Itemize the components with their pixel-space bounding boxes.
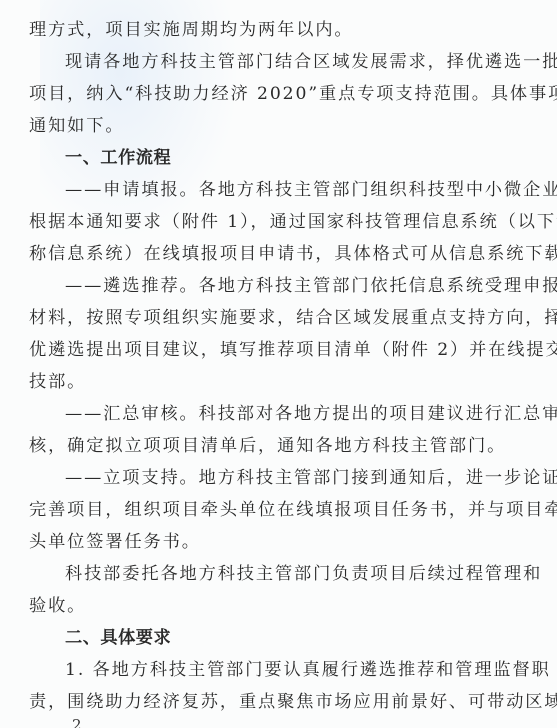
- text-line: 完善项目，组织项目牵头单位在线填报项目任务书，并与项目牵: [29, 494, 519, 526]
- text-line: ——汇总审核。科技部对各地方提出的项目建议进行汇总审: [29, 398, 519, 430]
- text-line: 材料，按照专项组织实施要求，结合区域发展重点支持方向，择: [29, 302, 519, 334]
- text-line: 责，围绕助力经济复苏，重点聚焦市场应用前景好、可带动区域: [29, 686, 519, 718]
- text-line: ——立项支持。地方科技主管部门接到通知后，进一步论证: [29, 462, 519, 494]
- text-line: 通知如下。: [29, 110, 519, 142]
- text-line: 称信息系统）在线填报项目申请书，具体格式可从信息系统下载。: [29, 238, 519, 270]
- section-heading: 二、具体要求: [29, 622, 519, 654]
- text-line: 技部。: [29, 366, 519, 398]
- section-heading: 一、工作流程: [29, 142, 519, 174]
- text-line: 核，确定拟立项项目清单后，通知各地方科技主管部门。: [29, 430, 519, 462]
- text-line: 根据本通知要求（附件 1），通过国家科技管理信息系统（以下简: [29, 206, 519, 238]
- page-number: 2: [72, 716, 82, 728]
- text-line: 验收。: [29, 590, 519, 622]
- text-line: 科技部委托各地方科技主管部门负责项目后续过程管理和: [29, 558, 519, 590]
- text-line: ——遴选推荐。各地方科技主管部门依托信息系统受理申报: [29, 270, 519, 302]
- document-page: 理方式，项目实施周期均为两年以内。 现请各地方科技主管部门结合区域发展需求，择优…: [29, 14, 519, 718]
- text-line: 1. 各地方科技主管部门要认真履行遴选推荐和管理监督职: [29, 654, 519, 686]
- text-line: 现请各地方科技主管部门结合区域发展需求，择优遴选一批: [29, 46, 519, 78]
- text-line: 头单位签署任务书。: [29, 526, 519, 558]
- text-line: 优遴选提出项目建议，填写推荐项目清单（附件 2）并在线提交科: [29, 334, 519, 366]
- text-line: 项目，纳入“科技助力经济 2020”重点专项支持范围。具体事项: [29, 78, 519, 110]
- text-line: 理方式，项目实施周期均为两年以内。: [29, 14, 519, 46]
- text-line: ——申请填报。各地方科技主管部门组织科技型中小微企业: [29, 174, 519, 206]
